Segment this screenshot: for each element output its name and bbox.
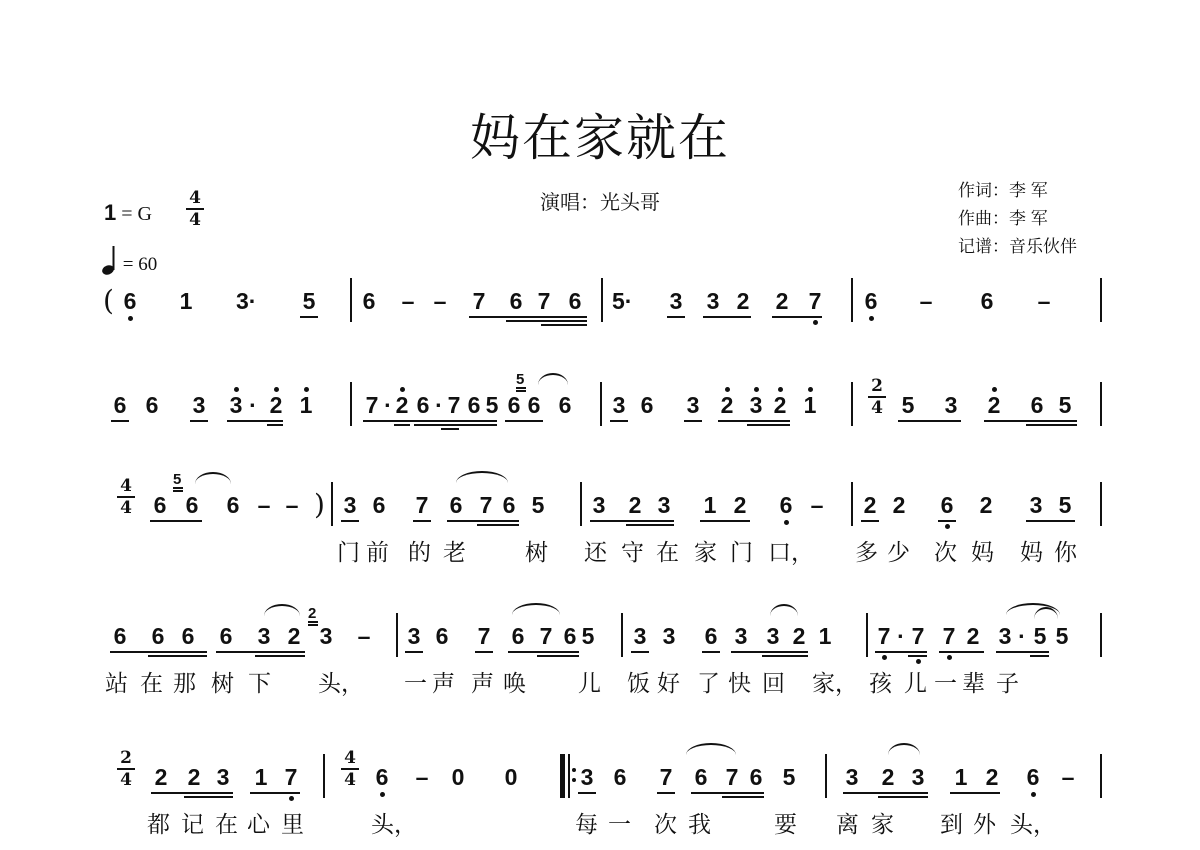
note: 1 xyxy=(953,766,969,789)
lyric-char: 在 xyxy=(656,539,682,565)
note: 6 xyxy=(526,394,542,417)
note: 3 xyxy=(668,290,684,313)
rest: 0 xyxy=(503,766,519,789)
note: 3 xyxy=(1028,494,1044,517)
lyric-char: 回 xyxy=(762,670,788,696)
note: 7 xyxy=(538,625,554,648)
note: 6 xyxy=(218,625,234,648)
lyric-char: 你 xyxy=(1054,539,1080,565)
lyric-char: 要 xyxy=(774,811,800,837)
barline xyxy=(851,278,853,322)
note: 3 xyxy=(342,494,358,517)
beam-underline xyxy=(875,651,927,653)
dash-sustain: – xyxy=(256,494,272,517)
beam-underline xyxy=(447,520,519,522)
time-signature-bottom: 4 xyxy=(120,498,132,518)
dash-sustain: – xyxy=(432,290,448,313)
time-signature-bottom: 4 xyxy=(189,210,201,230)
note: 3 xyxy=(611,394,627,417)
quarter-note-icon xyxy=(102,244,118,276)
lyric-char: 快 xyxy=(728,670,754,696)
grace-underline xyxy=(308,624,318,626)
note: 3 xyxy=(215,766,231,789)
tempo-marking: = 60 xyxy=(102,244,157,276)
lyric-char: 门 xyxy=(337,539,363,565)
dash-sustain: – xyxy=(918,290,934,313)
note: 6 xyxy=(448,494,464,517)
lyric-char: 树 xyxy=(525,539,551,565)
key-signature: 1 = G xyxy=(104,200,152,226)
note: 3 xyxy=(943,394,959,417)
note: 6 xyxy=(371,494,387,517)
lyric-char: 在 xyxy=(140,670,166,696)
beam-underline xyxy=(341,520,359,522)
beam-underline xyxy=(939,651,984,653)
beam-underline xyxy=(110,651,207,653)
note: 3 xyxy=(318,625,334,648)
note: 3 xyxy=(579,766,595,789)
lyric-char: 了 xyxy=(697,670,723,696)
slur-arc xyxy=(264,604,300,616)
note: 6 xyxy=(112,394,128,417)
note: 3· xyxy=(236,290,266,313)
beam-underline xyxy=(861,520,879,522)
grace-note: 2 xyxy=(308,606,316,621)
beam-underline xyxy=(843,792,928,794)
note: 1 xyxy=(817,625,833,648)
note: 2 xyxy=(268,394,284,417)
beam-underline xyxy=(898,420,961,422)
note: 6 xyxy=(557,394,573,417)
note: 5 xyxy=(484,394,500,417)
time-signature-bottom: 4 xyxy=(871,398,883,418)
lyric-char: 次 xyxy=(654,811,680,837)
beam-underline xyxy=(250,792,300,794)
barline xyxy=(331,482,333,526)
grace-note: 5 xyxy=(173,472,181,487)
note: 1 xyxy=(802,394,818,417)
transcriber-credit: 记谱：音乐伙伴 xyxy=(958,233,1077,261)
note: 7 xyxy=(471,290,487,313)
lyric-char: 子 xyxy=(996,670,1022,696)
barline xyxy=(600,382,602,426)
beam-underline xyxy=(731,651,808,653)
slur-arc xyxy=(195,472,231,484)
barline xyxy=(1100,613,1102,657)
lyric-char: 多 xyxy=(855,539,881,565)
note: 6 xyxy=(112,625,128,648)
lyricist-credit: 作词：李 军 xyxy=(958,177,1077,205)
note: 1 xyxy=(298,394,314,417)
beam-underline xyxy=(506,320,587,322)
lyric-char: 记 xyxy=(181,811,207,837)
barline xyxy=(1100,278,1102,322)
barline xyxy=(323,754,325,798)
lyric-char: 老 xyxy=(443,539,469,565)
note: 6 xyxy=(415,394,431,417)
octave-dot-above xyxy=(992,387,997,392)
octave-dot-above xyxy=(754,387,759,392)
beam-underline xyxy=(363,420,497,422)
note: 6 xyxy=(152,494,168,517)
beam-underline xyxy=(1026,520,1075,522)
note: 6 xyxy=(703,625,719,648)
beam-underline xyxy=(578,792,596,794)
note: 3 xyxy=(256,625,272,648)
octave-dot-below xyxy=(813,320,818,325)
note: 2 xyxy=(153,766,169,789)
barline xyxy=(580,482,582,526)
lyric-char: 那 xyxy=(173,670,199,696)
note: 6 xyxy=(1029,394,1045,417)
barline xyxy=(601,278,603,322)
beam-underline xyxy=(950,792,1000,794)
note: 2 xyxy=(862,494,878,517)
note: 6 xyxy=(1025,766,1041,789)
augmentation-dot: · xyxy=(1014,625,1030,648)
beam-underline xyxy=(631,651,649,653)
note: 6 xyxy=(510,625,526,648)
time-signature-bottom: 4 xyxy=(344,770,356,790)
note: 6 xyxy=(374,766,390,789)
key-text: = G xyxy=(116,203,152,225)
note: 3 xyxy=(685,394,701,417)
note: 5 xyxy=(301,290,317,313)
note: 3 xyxy=(733,625,749,648)
beam-underline xyxy=(762,655,808,657)
note: 5 xyxy=(580,625,596,648)
note: 6 xyxy=(939,494,955,517)
lyric-char: 次 xyxy=(934,539,960,565)
octave-dot-below xyxy=(289,796,294,801)
key-number: 1 xyxy=(104,200,116,225)
dash-sustain: – xyxy=(809,494,825,517)
beam-underline xyxy=(477,524,519,526)
grace-underline xyxy=(516,387,526,389)
beam-underline xyxy=(405,651,423,653)
lyric-char: 守 xyxy=(621,539,647,565)
lyric-char: 到 xyxy=(940,811,966,837)
barline xyxy=(1100,482,1102,526)
beam-underline xyxy=(691,792,764,794)
note: 6 xyxy=(144,394,160,417)
lyric-char: 头， xyxy=(371,811,411,837)
note: 6 xyxy=(434,625,450,648)
credits-block: 作词：李 军 作曲：李 军 记谱：音乐伙伴 xyxy=(958,177,1077,261)
octave-dot-above xyxy=(234,387,239,392)
repeat-thin-bar xyxy=(568,754,570,798)
note: 3 xyxy=(632,625,648,648)
note: 6 xyxy=(778,494,794,517)
time-signature-top: 4 xyxy=(344,748,356,768)
lyric-char: 家， xyxy=(812,670,852,696)
time-signature: 44 xyxy=(117,478,135,517)
note: 5 xyxy=(1057,394,1073,417)
note: 3 xyxy=(661,625,677,648)
note: 3 xyxy=(228,394,244,417)
note: 6 xyxy=(693,766,709,789)
octave-dot-above xyxy=(274,387,279,392)
time-signature-top: 4 xyxy=(120,476,132,496)
song-title: 妈在家就在 xyxy=(0,98,1200,170)
dash-sustain: – xyxy=(356,625,372,648)
repeat-dot xyxy=(572,778,576,782)
beam-underline xyxy=(216,651,305,653)
beam-underline xyxy=(184,796,233,798)
beam-underline xyxy=(702,651,720,653)
beam-underline xyxy=(111,420,129,422)
note: 6 xyxy=(979,290,995,313)
barline xyxy=(350,382,352,426)
note: 2 xyxy=(791,625,807,648)
beam-underline xyxy=(505,420,543,422)
time-signature-top: 2 xyxy=(120,748,132,768)
note: 6 xyxy=(639,394,655,417)
lyric-char: 还 xyxy=(584,539,610,565)
octave-dot-below xyxy=(128,316,133,321)
note: 5· xyxy=(612,290,642,313)
parenthesis: ) xyxy=(314,491,325,519)
lyric-char: 离 xyxy=(836,811,862,837)
note: 6 xyxy=(508,290,524,313)
note: 2 xyxy=(394,394,410,417)
beam-underline xyxy=(878,796,928,798)
note: 7 xyxy=(476,625,492,648)
note: 2 xyxy=(735,290,751,313)
octave-dot-below xyxy=(882,655,887,660)
note: 2 xyxy=(965,625,981,648)
note: 7 xyxy=(724,766,740,789)
repeat-thick-bar xyxy=(560,754,565,798)
note: 2 xyxy=(186,766,202,789)
beam-underline xyxy=(722,796,764,798)
beam-underline xyxy=(255,655,305,657)
note: 2 xyxy=(627,494,643,517)
beam-underline xyxy=(414,424,497,426)
dash-sustain: – xyxy=(414,766,430,789)
beam-underline xyxy=(984,420,1077,422)
note: 3 xyxy=(748,394,764,417)
lyric-char: 门 xyxy=(730,539,756,565)
beam-underline xyxy=(151,792,233,794)
beam-underline xyxy=(703,316,751,318)
beam-underline xyxy=(537,655,579,657)
beam-underline xyxy=(718,420,790,422)
lyric-char: 下 xyxy=(248,670,274,696)
note: 3 xyxy=(844,766,860,789)
octave-dot-below xyxy=(947,655,952,660)
dash-sustain: – xyxy=(1060,766,1076,789)
note: 6 xyxy=(225,494,241,517)
parenthesis: ( xyxy=(103,287,114,315)
note: 6 xyxy=(562,625,578,648)
beam-underline xyxy=(700,520,750,522)
beam-underline xyxy=(626,524,674,526)
grace-underline xyxy=(173,487,183,489)
beam-underline xyxy=(938,520,956,522)
note: 2 xyxy=(774,290,790,313)
beam-underline xyxy=(227,420,283,422)
note: 2 xyxy=(986,394,1002,417)
lyric-char: 都 xyxy=(147,811,173,837)
note: 7 xyxy=(364,394,380,417)
note: 6 xyxy=(567,290,583,313)
composer-credit: 作曲：李 军 xyxy=(958,205,1077,233)
octave-dot-below xyxy=(916,659,921,664)
repeat-dot xyxy=(572,768,576,772)
lyric-char: 口， xyxy=(768,539,808,565)
note: 6 xyxy=(122,290,138,313)
beam-underline xyxy=(610,420,628,422)
lyric-char: 少 xyxy=(887,539,913,565)
beam-underline xyxy=(190,420,208,422)
beam-underline xyxy=(475,651,493,653)
note: 6 xyxy=(501,494,517,517)
slur-arc xyxy=(456,471,508,483)
note: 7 xyxy=(283,766,299,789)
note: 1 xyxy=(253,766,269,789)
beam-underline xyxy=(684,420,702,422)
beam-underline xyxy=(667,316,685,318)
note: 3 xyxy=(191,394,207,417)
note: 2 xyxy=(984,766,1000,789)
beam-underline xyxy=(1026,424,1077,426)
note: 7 xyxy=(807,290,823,313)
time-signature: 4 4 xyxy=(186,190,204,229)
grace-underline xyxy=(516,390,526,392)
lyric-char: 一 xyxy=(404,670,430,696)
note: 1 xyxy=(178,290,194,313)
note: 1 xyxy=(702,494,718,517)
note: 6 xyxy=(612,766,628,789)
lyric-char: 心 xyxy=(247,811,273,837)
beam-underline xyxy=(394,424,410,426)
beam-underline xyxy=(508,651,579,653)
note: 2 xyxy=(978,494,994,517)
note: 5 xyxy=(781,766,797,789)
note: 3 xyxy=(656,494,672,517)
lyric-char: 饭 xyxy=(627,670,653,696)
lyric-char: 我 xyxy=(688,811,714,837)
note: 7 xyxy=(910,625,926,648)
beam-underline xyxy=(148,655,207,657)
time-signature: 24 xyxy=(868,378,886,417)
lyric-char: 一 xyxy=(608,811,634,837)
note: 7 xyxy=(658,766,674,789)
lyric-char: 好 xyxy=(657,670,683,696)
note: 2 xyxy=(719,394,735,417)
lyric-char: 儿 xyxy=(904,670,930,696)
lyric-char: 的 xyxy=(408,539,434,565)
octave-dot-above xyxy=(808,387,813,392)
lyric-char: 每 xyxy=(575,811,601,837)
lyric-char: 孩 xyxy=(869,670,895,696)
lyric-char: 妈 xyxy=(1020,539,1046,565)
note: 2 xyxy=(880,766,896,789)
octave-dot-above xyxy=(304,387,309,392)
octave-dot-below xyxy=(380,792,385,797)
octave-dot-below xyxy=(1031,792,1036,797)
grace-note: 5 xyxy=(516,372,524,387)
slur-arc xyxy=(770,604,798,616)
lyric-char: 家 xyxy=(871,811,897,837)
barline xyxy=(1100,382,1102,426)
lyric-char: 树 xyxy=(211,670,237,696)
barline xyxy=(350,278,352,322)
time-signature-bottom: 4 xyxy=(120,770,132,790)
note: 2 xyxy=(772,394,788,417)
time-signature: 44 xyxy=(341,750,359,789)
octave-dot-above xyxy=(778,387,783,392)
beam-underline xyxy=(996,651,1049,653)
beam-underline xyxy=(908,655,927,657)
note: 2 xyxy=(732,494,748,517)
note: 6 xyxy=(748,766,764,789)
note: 3 xyxy=(591,494,607,517)
grace-underline xyxy=(308,621,318,623)
slur-arc xyxy=(512,603,560,615)
barline xyxy=(851,382,853,426)
lyric-char: 辈 xyxy=(962,670,988,696)
note: 5 xyxy=(1032,625,1048,648)
note: 6 xyxy=(466,394,482,417)
octave-dot-below xyxy=(784,520,789,525)
note: 7 xyxy=(414,494,430,517)
note: 2 xyxy=(286,625,302,648)
octave-dot-below xyxy=(869,316,874,321)
augmentation-dot: · xyxy=(893,625,909,648)
lyric-char: 前 xyxy=(366,539,392,565)
dash-sustain: – xyxy=(1036,290,1052,313)
lyric-char: 在 xyxy=(215,811,241,837)
note: 6 xyxy=(184,494,200,517)
lyric-char: 唤 xyxy=(503,670,529,696)
lyric-char: 头， xyxy=(1010,811,1050,837)
note: 7 xyxy=(941,625,957,648)
barline xyxy=(866,613,868,657)
note: 3 xyxy=(705,290,721,313)
grace-underline xyxy=(173,490,183,492)
note: 7 xyxy=(876,625,892,648)
beam-underline xyxy=(772,316,822,318)
time-signature-top: 4 xyxy=(189,188,201,208)
note: 3 xyxy=(910,766,926,789)
note: 7 xyxy=(446,394,462,417)
augmentation-dot: · xyxy=(245,394,261,417)
beam-underline xyxy=(1030,655,1049,657)
beam-underline xyxy=(441,428,459,430)
lyric-char: 妈 xyxy=(971,539,997,565)
note: 6 xyxy=(863,290,879,313)
beam-underline xyxy=(469,316,587,318)
tempo-value: = 60 xyxy=(118,254,157,275)
lyric-char: 声 xyxy=(432,670,458,696)
dash-sustain: – xyxy=(284,494,300,517)
barline xyxy=(1100,754,1102,798)
slur-arc xyxy=(538,373,568,385)
barline xyxy=(396,613,398,657)
beam-underline xyxy=(413,520,431,522)
note: 7 xyxy=(478,494,494,517)
beam-underline xyxy=(267,424,283,426)
note: 3 xyxy=(406,625,422,648)
barline xyxy=(621,613,623,657)
lyric-char: 家 xyxy=(694,539,720,565)
note: 5 xyxy=(530,494,546,517)
slur-arc xyxy=(888,743,920,755)
lyric-char: 一 xyxy=(934,670,960,696)
note: 6 xyxy=(180,625,196,648)
